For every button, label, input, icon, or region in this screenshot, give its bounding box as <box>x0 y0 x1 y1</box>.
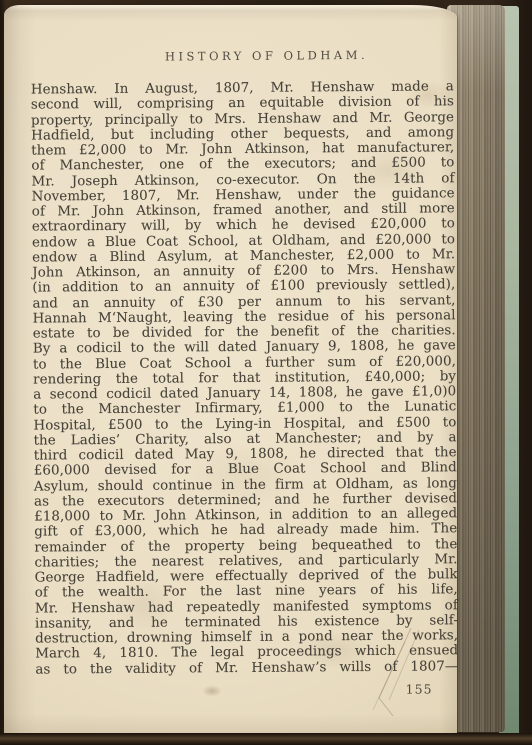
running-header: HISTORY OF OLDHAM. <box>56 47 476 64</box>
page-number: 155 <box>378 681 432 696</box>
printed-content: HISTORY OF OLDHAM. Henshaw. In August, 1… <box>1 3 460 738</box>
book-cover-bottom-edge <box>0 733 532 745</box>
text-block: Henshaw. In August, 1807, Mr. Henshaw ma… <box>31 79 459 677</box>
book-page: HISTORY OF OLDHAM. Henshaw. In August, 1… <box>4 5 457 736</box>
text-line: as to the validity of Mr. Henshaw’s will… <box>35 659 458 678</box>
